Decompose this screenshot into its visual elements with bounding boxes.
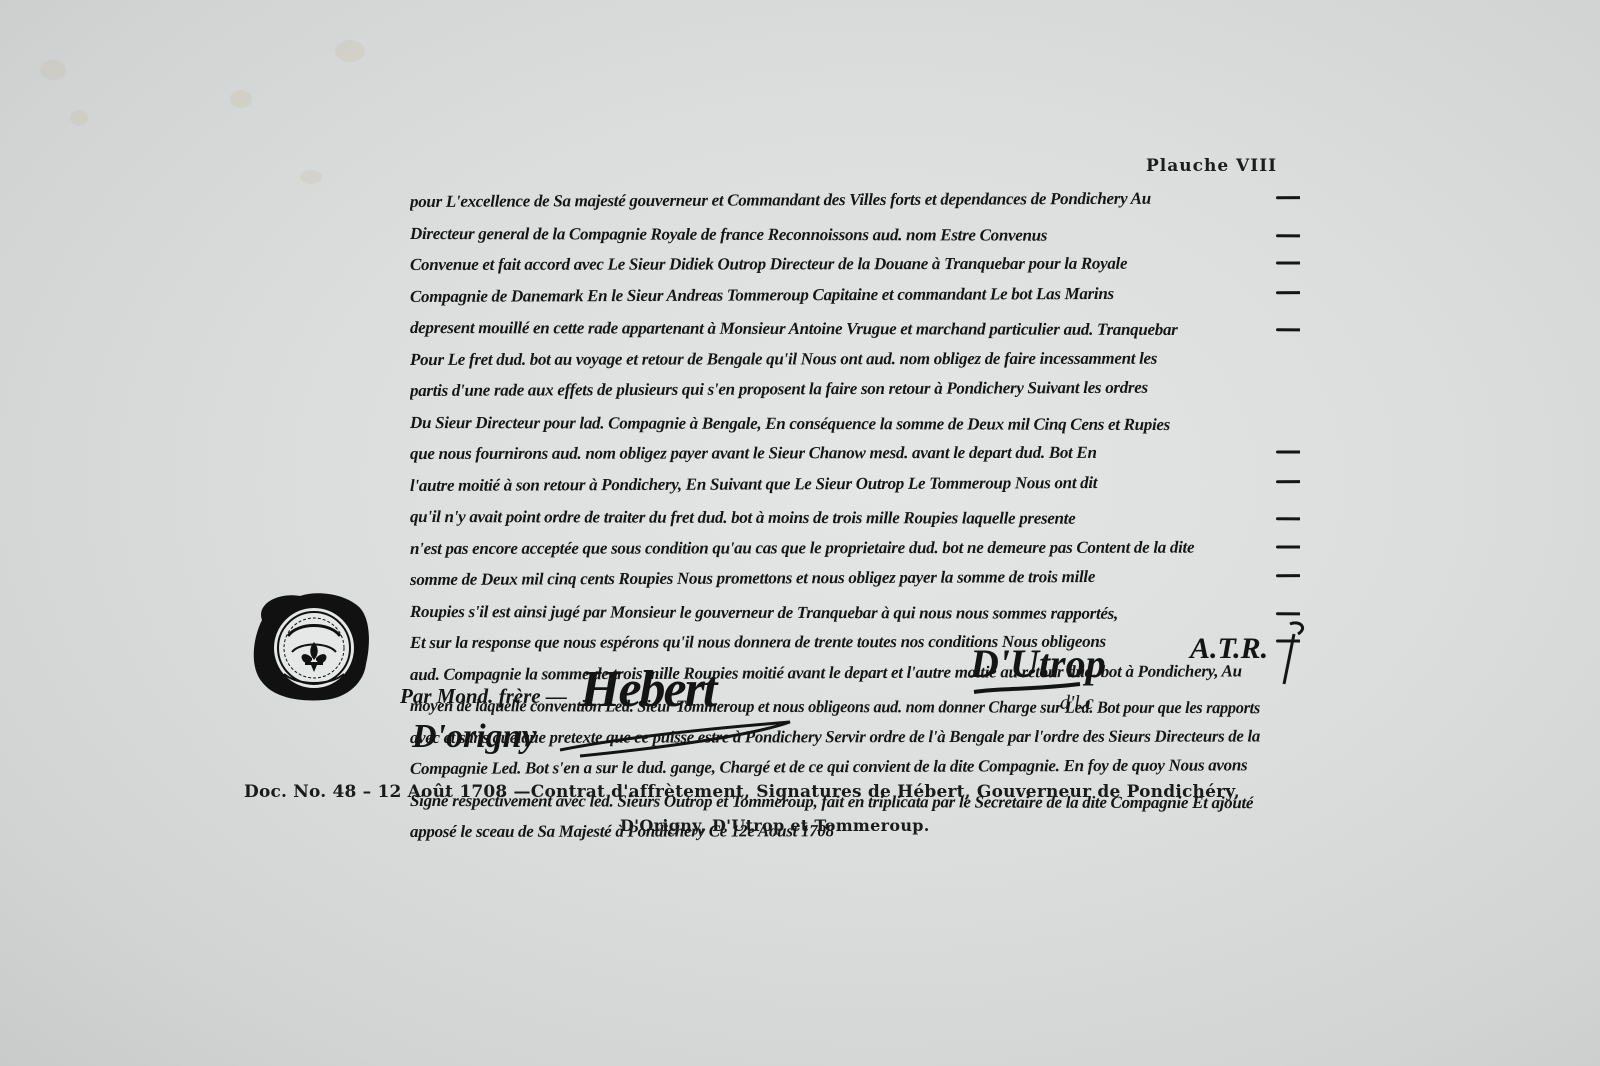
manuscript-line: qu'il n'y avait point ordre de traiter d… [410, 501, 1300, 535]
paper-stain [40, 60, 66, 80]
manuscript-line-text: Compagnie de Danemark En le Sieur Andrea… [410, 283, 1114, 305]
manuscript-line-text: que nous fournirons aud. nom obligez pay… [410, 443, 1097, 463]
manuscript-line: depresent mouillé en cette rade apparten… [410, 312, 1300, 346]
line-filler-dash [1276, 291, 1300, 294]
wax-seal-icon [248, 590, 372, 702]
paper-stain [335, 40, 365, 62]
manuscript-line: l'autre moitié à son retour à Pondichery… [410, 466, 1300, 501]
paper-stain [230, 90, 252, 108]
manuscript-line: n'est pas encore acceptée que sous condi… [410, 531, 1300, 564]
line-filler-dash [1276, 480, 1300, 483]
manuscript-line-text: somme de Deux mil cinq cents Roupies Nou… [410, 567, 1095, 589]
manuscript-line-text: pour L'excellence de Sa majesté gouverne… [410, 189, 1151, 211]
manuscript-line: Compagnie de Danemark En le Sieur Andrea… [410, 277, 1300, 312]
signature-tommeroup: A.T.R. [1190, 620, 1310, 690]
manuscript-line-text: Du Sieur Directeur pour lad. Compagnie à… [410, 413, 1170, 434]
signature-flourish-icon [550, 700, 800, 760]
manuscript-line-text: Convenue et fait accord avec Le Sieur Di… [410, 254, 1127, 274]
line-filler-dash [1276, 545, 1300, 548]
manuscript-line: Roupies s'il est ainsi jugé par Monsieur… [410, 596, 1300, 630]
plate-label: Plauche VIII [1146, 156, 1277, 176]
signature-utrop: D'Utrop d'l.c [970, 630, 1140, 740]
manuscript-line: Du Sieur Directeur pour lad. Compagnie à… [410, 407, 1300, 441]
manuscript-line: partis d'une rade aux effets de plusieur… [410, 371, 1300, 406]
signature-tommeroup-name: A.T.R. [1190, 632, 1268, 666]
manuscript-line-text: depresent mouillé en cette rade apparten… [410, 318, 1178, 339]
caption-line-2: D'Origny, D'Utrop et Tommeroup. [620, 816, 1020, 835]
line-filler-dash [1276, 517, 1300, 520]
manuscript-line: Et sur la response que nous espérons qu'… [410, 625, 1300, 658]
manuscript-line: somme de Deux mil cinq cents Roupies Nou… [410, 560, 1300, 595]
signature-prefix: Par Mond. frère — [400, 684, 567, 709]
line-filler-dash [1276, 234, 1300, 237]
manuscript-line: que nous fournirons aud. nom obligez pay… [410, 436, 1300, 469]
manuscript-line-text: Pour Le fret dud. bot au voyage et retou… [410, 348, 1157, 368]
manuscript-line: Convenue et fait accord avec Le Sieur Di… [410, 247, 1300, 280]
manuscript-line-text: Directeur general de la Compagnie Royale… [410, 224, 1047, 245]
line-filler-dash [1276, 261, 1300, 264]
caption-line-1: Doc. No. 48 – 12 Août 1708 —Contrat d'af… [244, 782, 1304, 802]
signature-underline-icon [970, 670, 1090, 700]
line-filler-dash [1276, 196, 1300, 199]
signature-origny: D'origny [412, 718, 537, 756]
line-filler-dash [1276, 612, 1300, 615]
manuscript-line-text: qu'il n'y avait point ordre de traiter d… [410, 507, 1075, 528]
manuscript-line: Pour Le fret dud. bot au voyage et retou… [410, 342, 1300, 375]
paper-stain [300, 170, 322, 184]
line-filler-dash [1276, 574, 1300, 577]
manuscript-line: pour L'excellence de Sa majesté gouverne… [410, 182, 1300, 217]
line-filler-dash [1276, 328, 1300, 331]
manuscript-line: Directeur general de la Compagnie Royale… [410, 218, 1300, 252]
manuscript-line-text: l'autre moitié à son retour à Pondichery… [410, 473, 1097, 495]
manuscript-line-text: partis d'une rade aux effets de plusieur… [410, 378, 1148, 400]
paper-stain [70, 110, 88, 126]
signature-stroke-icon [1270, 620, 1310, 690]
manuscript-line-text: n'est pas encore acceptée que sous condi… [410, 537, 1194, 557]
line-filler-dash [1276, 450, 1300, 453]
manuscript-line-text: Roupies s'il est ainsi jugé par Monsieur… [410, 602, 1118, 623]
